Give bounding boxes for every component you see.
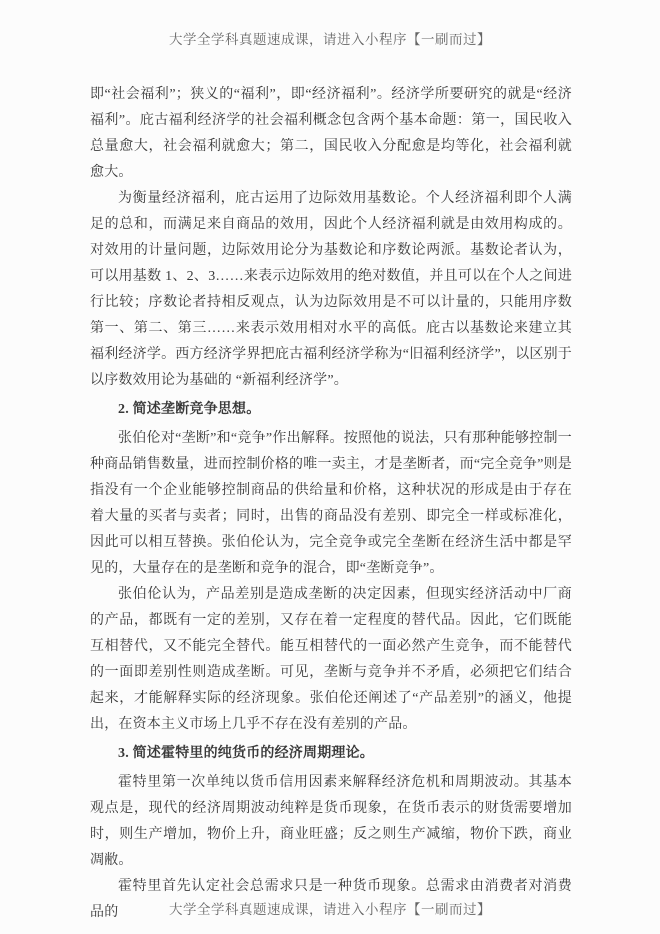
page-footer-promo-text: 大学全学科真题速成课，请进入小程序【一刷而过】: [0, 898, 660, 918]
document-page: 大学全学科真题速成课，请进入小程序【一刷而过】 即“社会福利”；狭义的“福利”，…: [0, 0, 660, 934]
document-body: 即“社会福利”；狭义的“福利”，即“经济福利”。经济学所要研究的就是“经济福利”…: [90, 82, 572, 926]
body-paragraph-product-differentiation: 张伯伦认为，产品差别是造成垄断的决定因素，但现实经济活动中厂商的产品，都既有一定…: [90, 582, 572, 738]
body-paragraph-cardinal-utility: 为衡量经济福利，庇古运用了边际效用基数论。个人经济福利即个人满足的总和，而满足来…: [90, 186, 572, 394]
question-heading-monopolistic-competition: 2. 简述垄断竞争思想。: [90, 397, 572, 423]
body-paragraph-hawtrey-basic-view: 霍特里第一次单纯以货币信用因素来解释经济危机和周期波动。其基本观点是，现代的经济…: [90, 770, 572, 874]
question-heading-hawtrey-monetary-cycle: 3. 简述霍特里的纯货币的经济周期理论。: [90, 741, 572, 767]
body-paragraph-chamberlin-monopoly-competition: 张伯伦对“垄断”和“竞争”作出解释。按照他的说法，只有那种能够控制一种商品销售数…: [90, 426, 572, 582]
page-header-promo-text: 大学全学科真题速成课，请进入小程序【一刷而过】: [0, 28, 660, 48]
body-paragraph-welfare-definition: 即“社会福利”；狭义的“福利”，即“经济福利”。经济学所要研究的就是“经济福利”…: [90, 82, 572, 186]
